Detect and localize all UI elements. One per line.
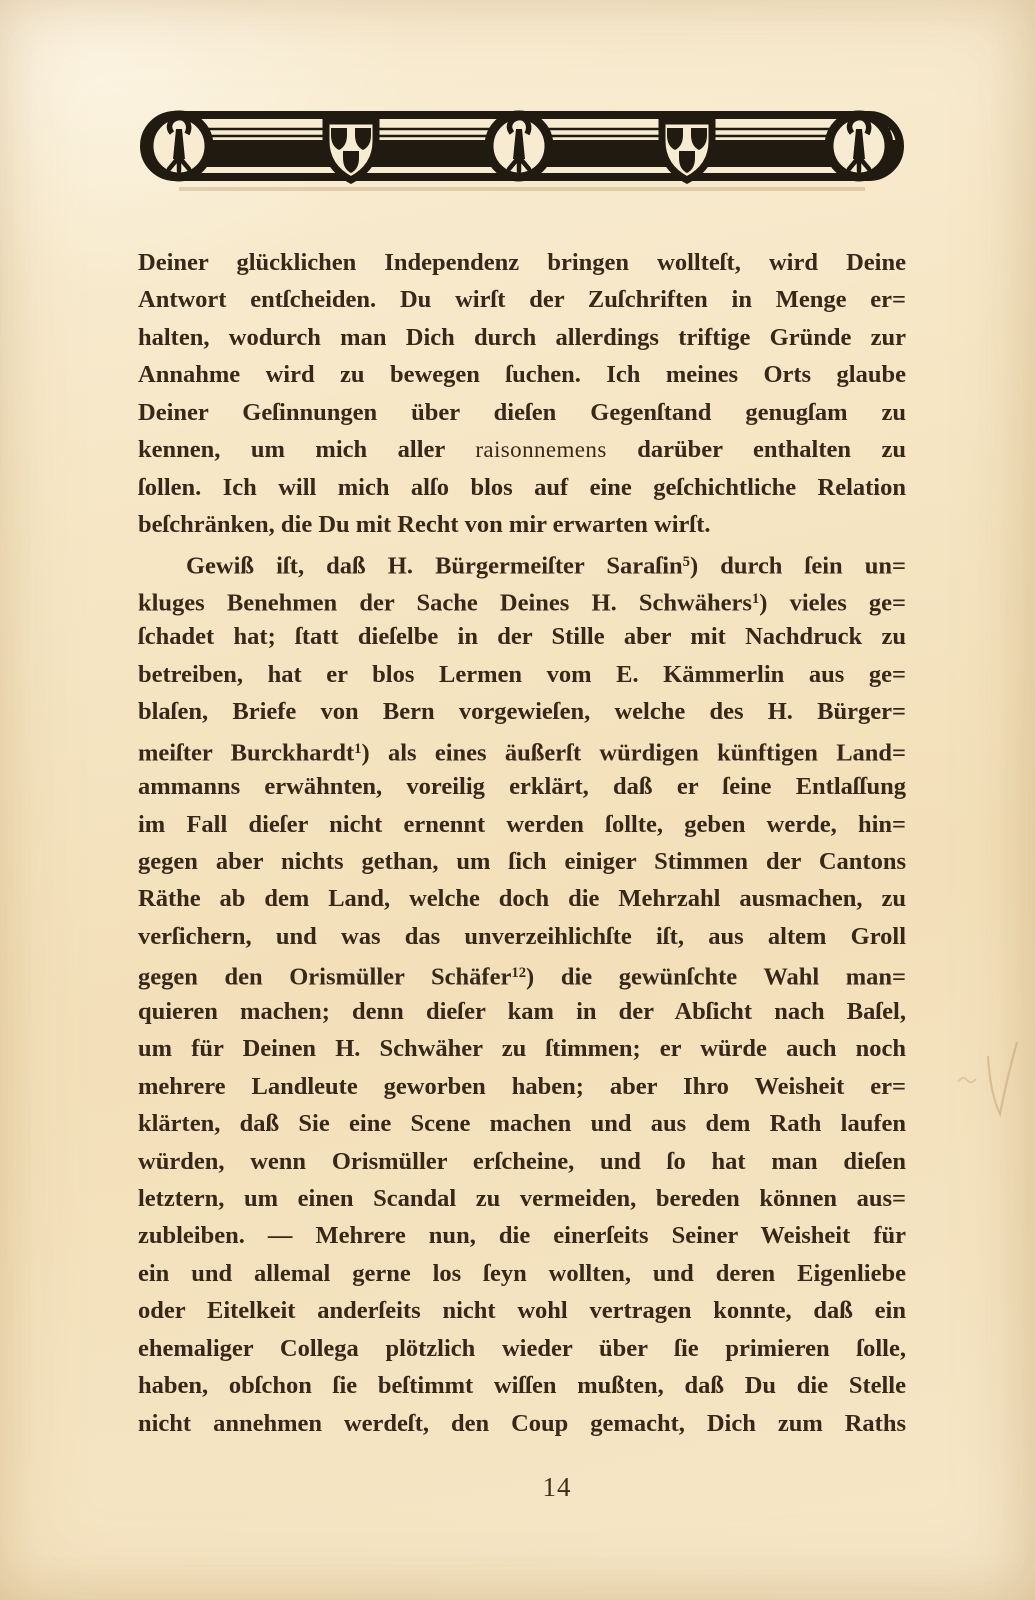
text-segment: Deiner glücklichen Independenz bringen w… bbox=[138, 249, 906, 276]
footnote-marker: 5 bbox=[683, 554, 690, 570]
text-line: blaſen, Briefe von Bern vorgewieſen, wel… bbox=[138, 693, 906, 730]
text-line: Deiner Geſinnungen über dieſen Gegenſtan… bbox=[138, 394, 906, 431]
text-segment: Gewiß iſt, daß H. Bürgermeiſter Saraſin bbox=[186, 552, 683, 579]
text-segment: ) vieles ge= bbox=[759, 590, 906, 617]
text-segment: halten, wodurch man Dich durch allerding… bbox=[138, 324, 906, 351]
text-line: verſichern, und was das unverzeihlichſte… bbox=[138, 918, 906, 955]
ornament-band bbox=[139, 109, 905, 197]
page-number: 14 bbox=[0, 1472, 1035, 1503]
text-line: Deiner glücklichen Independenz bringen w… bbox=[138, 244, 906, 281]
text-segment: um für Deinen H. Schwäher zu ſtimmen; er… bbox=[138, 1035, 906, 1062]
text-segment: ſollen. Ich will mich alſo blos auf eine… bbox=[138, 474, 906, 501]
text-segment: ein und allemal gerne los ſeyn wollten, … bbox=[138, 1260, 906, 1287]
text-line: quieren machen; denn dieſer kam in der A… bbox=[138, 993, 906, 1030]
text-segment: ) als eines äußerſt würdigen künftigen L… bbox=[361, 739, 906, 766]
text-segment: ſchadet hat; ſtatt dieſelbe in der Still… bbox=[138, 623, 906, 650]
text-line: ammanns erwähnten, voreilig erklärt, daß… bbox=[138, 768, 906, 805]
text-line: letztern, um einen Scandal zu vermeiden,… bbox=[138, 1180, 906, 1217]
text-line: gegen aber nichts gethan, um ſich einige… bbox=[138, 843, 906, 880]
text-segment: ) die gewünſchte Wahl man= bbox=[526, 964, 906, 991]
text-segment: Räthe ab dem Land, welche doch die Mehrz… bbox=[138, 885, 906, 912]
text-segment: gegen den Orismüller Schäfer bbox=[138, 964, 511, 991]
footnote-marker: 12 bbox=[511, 965, 526, 981]
text-line: ein und allemal gerne los ſeyn wollten, … bbox=[138, 1255, 906, 1292]
text-segment: haben, obſchon ſie beſtimmt wiſſen mußte… bbox=[138, 1372, 906, 1399]
text-line: haben, obſchon ſie beſtimmt wiſſen mußte… bbox=[138, 1367, 906, 1404]
text-line: zubleiben. — Mehrere nun, die einerſeits… bbox=[138, 1217, 906, 1254]
text-line: Räthe ab dem Land, welche doch die Mehrz… bbox=[138, 880, 906, 917]
text-segment: nicht annehmen werdeſt, den Coup gemacht… bbox=[138, 1410, 906, 1437]
text-line: gegen den Orismüller Schäfer12) die gewü… bbox=[138, 955, 906, 992]
text-segment: ammanns erwähnten, voreilig erklärt, daß… bbox=[138, 773, 906, 800]
basel-shield-icon bbox=[326, 121, 376, 180]
text-line: nicht annehmen werdeſt, den Coup gemacht… bbox=[138, 1405, 906, 1442]
text-line: kluges Benehmen der Sache Deines H. Schw… bbox=[138, 581, 906, 618]
scanned-book-page: { "page": { "number": "14", "colors": { … bbox=[0, 0, 1035, 1600]
text-segment: zubleiben. — Mehrere nun, die einerſeits… bbox=[138, 1222, 906, 1249]
text-segment: quieren machen; denn dieſer kam in der A… bbox=[138, 998, 906, 1025]
text-segment: würden, wenn Orismüller erſcheine, und ſ… bbox=[138, 1148, 906, 1175]
text-line: ehemaliger Collega plötzlich wieder über… bbox=[138, 1330, 906, 1367]
basel-shield-icon bbox=[662, 121, 712, 180]
text-segment: im Fall dieſer nicht ernennt werden ſoll… bbox=[138, 811, 906, 838]
text-line: Gewiß iſt, daß H. Bürgermeiſter Saraſin5… bbox=[138, 544, 906, 581]
text-segment: letztern, um einen Scandal zu vermeiden,… bbox=[138, 1185, 906, 1212]
text-line: ſchadet hat; ſtatt dieſelbe in der Still… bbox=[138, 618, 906, 655]
text-segment: betreiben, hat er blos Lermen vom E. Käm… bbox=[138, 661, 906, 688]
text-segment: blaſen, Briefe von Bern vorgewieſen, wel… bbox=[138, 698, 906, 725]
basel-crozier-icon bbox=[149, 115, 209, 177]
text-line: Antwort entſcheiden. Du wirſt der Zuſchr… bbox=[138, 281, 906, 318]
text-segment: klärten, daß Sie eine Scene machen und a… bbox=[138, 1110, 906, 1137]
text-line: würden, wenn Orismüller erſcheine, und ſ… bbox=[138, 1143, 906, 1180]
text-line: Annahme wird zu bewegen ſuchen. Ich mein… bbox=[138, 356, 906, 393]
text-line: beſchränken, die Du mit Recht von mir er… bbox=[138, 506, 906, 543]
text-segment: ehemaliger Collega plötzlich wieder über… bbox=[138, 1335, 906, 1362]
text-line: im Fall dieſer nicht ernennt werden ſoll… bbox=[138, 806, 906, 843]
header-ornament bbox=[139, 109, 905, 197]
text-line: betreiben, hat er blos Lermen vom E. Käm… bbox=[138, 656, 906, 693]
text-segment: ) durch ſein un= bbox=[690, 552, 906, 579]
text-line: mehrere Landleute geworben haben; aber I… bbox=[138, 1068, 906, 1105]
text-line: um für Deinen H. Schwäher zu ſtimmen; er… bbox=[138, 1030, 906, 1067]
text-segment: darüber enthalten zu bbox=[607, 436, 906, 463]
text-line: meiſter Burckhardt1) als eines äußerſt w… bbox=[138, 731, 906, 768]
text-segment: beſchränken, die Du mit Recht von mir er… bbox=[138, 511, 711, 538]
text-segment: kennen, um mich aller bbox=[138, 436, 475, 463]
body-text: Deiner glücklichen Independenz bringen w… bbox=[138, 244, 906, 1442]
text-segment: gegen aber nichts gethan, um ſich einige… bbox=[138, 848, 906, 875]
text-segment: oder Eitelkeit anderſeits nicht wohl ver… bbox=[138, 1297, 906, 1324]
text-segment: verſichern, und was das unverzeihlichſte… bbox=[138, 923, 906, 950]
basel-crozier-icon bbox=[829, 115, 889, 177]
text-segment: kluges Benehmen der Sache Deines H. Schw… bbox=[138, 590, 752, 617]
text-segment: Antwort entſcheiden. Du wirſt der Zuſchr… bbox=[138, 286, 906, 313]
text-segment: meiſter Burckhardt bbox=[138, 739, 354, 766]
text-segment: mehrere Landleute geworben haben; aber I… bbox=[138, 1073, 906, 1100]
text-segment: Annahme wird zu bewegen ſuchen. Ich mein… bbox=[138, 361, 906, 388]
text-line: kennen, um mich aller raisonnemens darüb… bbox=[138, 431, 906, 468]
text-segment: Deiner Geſinnungen über dieſen Gegenſtan… bbox=[138, 399, 906, 426]
text-segment: raisonnemens bbox=[475, 436, 606, 462]
text-line: klärten, daß Sie eine Scene machen und a… bbox=[138, 1105, 906, 1142]
text-line: halten, wodurch man Dich durch allerding… bbox=[138, 319, 906, 356]
basel-crozier-icon bbox=[489, 115, 549, 177]
text-line: oder Eitelkeit anderſeits nicht wohl ver… bbox=[138, 1292, 906, 1329]
text-line: ſollen. Ich will mich alſo blos auf eine… bbox=[138, 469, 906, 506]
